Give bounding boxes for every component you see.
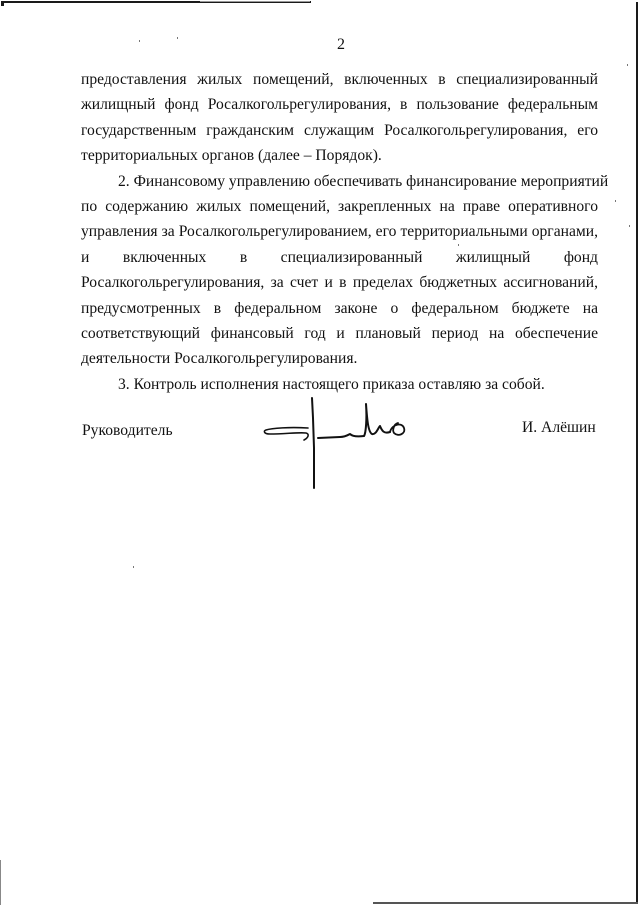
text-line: по содержанию жилых помещений, закреплен… xyxy=(81,194,598,219)
text-line: соответствующий финансовый год и плановы… xyxy=(81,321,598,346)
scan-speck xyxy=(615,200,616,202)
document-body: предоставления жилых помещений, включенн… xyxy=(81,67,598,397)
scan-speck xyxy=(139,40,140,42)
page-number: 2 xyxy=(331,35,351,55)
scan-border-corner xyxy=(1,1,4,6)
text-line: предоставления жилых помещений, включенн… xyxy=(81,67,598,92)
scan-speck xyxy=(627,64,628,66)
text-line: 2. Финансовому управлению обеспечивать ф… xyxy=(81,169,598,194)
text-line: Росалкогольрегулирования, за счет и в пр… xyxy=(81,270,598,295)
text-line: предусмотренных в федеральном законе о ф… xyxy=(81,296,598,321)
paragraph-continuation: предоставления жилых помещений, включенн… xyxy=(81,67,598,169)
scan-border-bottom xyxy=(373,902,638,904)
text-line: и включенных в специализированный жилищн… xyxy=(81,245,598,270)
text-line: территориальных органов (далее – Порядок… xyxy=(81,143,598,168)
scan-speck xyxy=(629,225,630,227)
scan-border-left xyxy=(0,860,1,905)
scan-border-right xyxy=(636,2,638,902)
signatory-name: И. Алёшин xyxy=(522,418,596,438)
handwritten-signature-icon xyxy=(260,388,440,493)
text-line: деятельности Росалкогольрегулирования. xyxy=(81,346,598,371)
scan-border-top-faint xyxy=(200,1,310,2)
scan-speck xyxy=(177,37,178,39)
signatory-title: Руководитель xyxy=(82,421,173,441)
text-line: государственным гражданским служащим Рос… xyxy=(81,118,598,143)
document-page: 2 предоставления жилых помещений, включе… xyxy=(0,0,640,905)
paragraph-item-2: 2. Финансовому управлению обеспечивать ф… xyxy=(81,169,598,372)
scan-speck xyxy=(133,566,134,568)
text-line: жилищный фонд Росалкогольрегулирования, … xyxy=(81,92,598,117)
text-line: управления за Росалкогольрегулированием,… xyxy=(81,219,598,244)
